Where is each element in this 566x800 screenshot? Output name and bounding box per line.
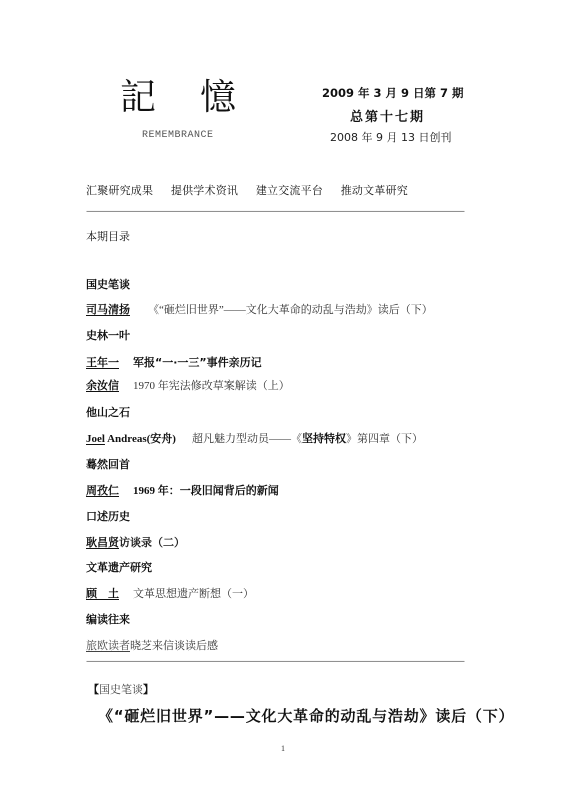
toc-entry[interactable]: 周孜仁 1969 年：一段旧闻背后的新闻 [86, 482, 279, 498]
toc-article-title[interactable]: 军报“一·一三”事件亲历记 [133, 354, 262, 370]
toc-author-first[interactable]: Joel [86, 433, 105, 445]
toc-section-biandu: 编读往来 [86, 611, 130, 627]
toc-section-shilin: 史林一叶 [86, 327, 130, 343]
toc-section-yichan: 文革遗产研究 [86, 559, 152, 575]
toc-article-title[interactable]: 1969 年：一段旧闻背后的新闻 [133, 482, 279, 498]
toc-article-title[interactable]: 文革思想遗产断想（一） [133, 585, 254, 601]
toc-author[interactable]: 司马清扬 [86, 301, 130, 317]
toc-article-title[interactable]: 访谈录（二） [119, 534, 185, 550]
slogan-1: 汇聚研究成果 [86, 184, 153, 197]
masthead-subtitle: REMEMBRANCE [142, 130, 214, 141]
toc-author[interactable]: 王年一 [86, 354, 119, 370]
toc-entry[interactable]: 王年一 军报“一·一三”事件亲历记 [86, 354, 262, 370]
toc-title-pre: 超凡魅力型动员——《 [192, 433, 302, 445]
toc-author[interactable]: 耿昌贤 [86, 534, 119, 550]
divider-top: ————————————————————————————————————————… [86, 206, 474, 217]
article-title: 《“砸烂旧世界”——文化大革命的动乱与浩劫》读后（下） [98, 705, 514, 726]
total-issue: 总第十七期 [350, 106, 425, 125]
bracket-open: 【 [88, 684, 99, 696]
toc-heading: 本期目录 [86, 230, 130, 244]
page-number: 1 [281, 744, 285, 753]
toc-section-tashan: 他山之石 [86, 404, 130, 420]
toc-author[interactable]: 顾 土 [86, 585, 119, 601]
slogan-4: 推动文革研究 [341, 184, 408, 197]
toc-author-rest: Andreas(安舟) [105, 433, 176, 445]
toc-author[interactable]: 周孜仁 [86, 482, 119, 498]
toc-section-moran: 蓦然回首 [86, 456, 130, 472]
toc-section-koushu: 口述历史 [86, 508, 130, 524]
masthead-char-yi: 憶 [200, 80, 236, 116]
toc-entry[interactable]: Joel Andreas(安舟) 超凡魅力型动员——《坚持特权》第四章（下） [86, 430, 423, 446]
toc-title-post: 》第四章（下） [346, 433, 423, 445]
toc-author[interactable]: 余汝信 [86, 377, 119, 393]
slogan-3: 建立交流平台 [256, 184, 323, 197]
toc-author[interactable]: 旅欧读者 [86, 637, 130, 653]
divider-bottom: ————————————————————————————————————————… [86, 656, 474, 667]
slogan-2: 提供学术资讯 [171, 184, 238, 197]
founded-date: 2008 年 9 月 13 日创刊 [330, 129, 451, 145]
article-section-label: 【国史笔谈】 [88, 681, 154, 697]
toc-article-title[interactable]: 晓芝来信谈读后感 [130, 637, 218, 653]
issue-date: 2009 年 3 月 9 日第 7 期 [322, 85, 464, 101]
toc-entry[interactable]: 余汝信 1970 年宪法修改草案解读（上） [86, 377, 290, 393]
toc-title-book: 坚持特权 [302, 433, 346, 445]
toc-section-guoshi: 国史笔谈 [86, 276, 130, 292]
masthead-char-ji: 記 [120, 80, 156, 116]
bracket-close: 】 [143, 684, 154, 696]
toc-article-title[interactable]: 《“砸烂旧世界”——文化大革命的动乱与浩劫》读后（下） [148, 301, 433, 317]
toc-article-title[interactable]: 超凡魅力型动员——《坚持特权》第四章（下） [192, 430, 423, 446]
toc-author[interactable]: Joel Andreas(安舟) [86, 430, 176, 446]
toc-entry[interactable]: 顾 土 文革思想遗产断想（一） [86, 585, 254, 601]
slogan-bar: 汇聚研究成果 提供学术资讯 建立交流平台 推动文革研究 [86, 182, 422, 198]
section-label-text: 国史笔谈 [99, 684, 143, 696]
toc-article-title[interactable]: 1970 年宪法修改草案解读（上） [133, 377, 290, 393]
toc-entry[interactable]: 耿昌贤 访谈录（二） [86, 534, 185, 550]
toc-entry[interactable]: 旅欧读者 晓芝来信谈读后感 [86, 637, 218, 653]
toc-entry[interactable]: 司马清扬 《“砸烂旧世界”——文化大革命的动乱与浩劫》读后（下） [86, 301, 433, 317]
